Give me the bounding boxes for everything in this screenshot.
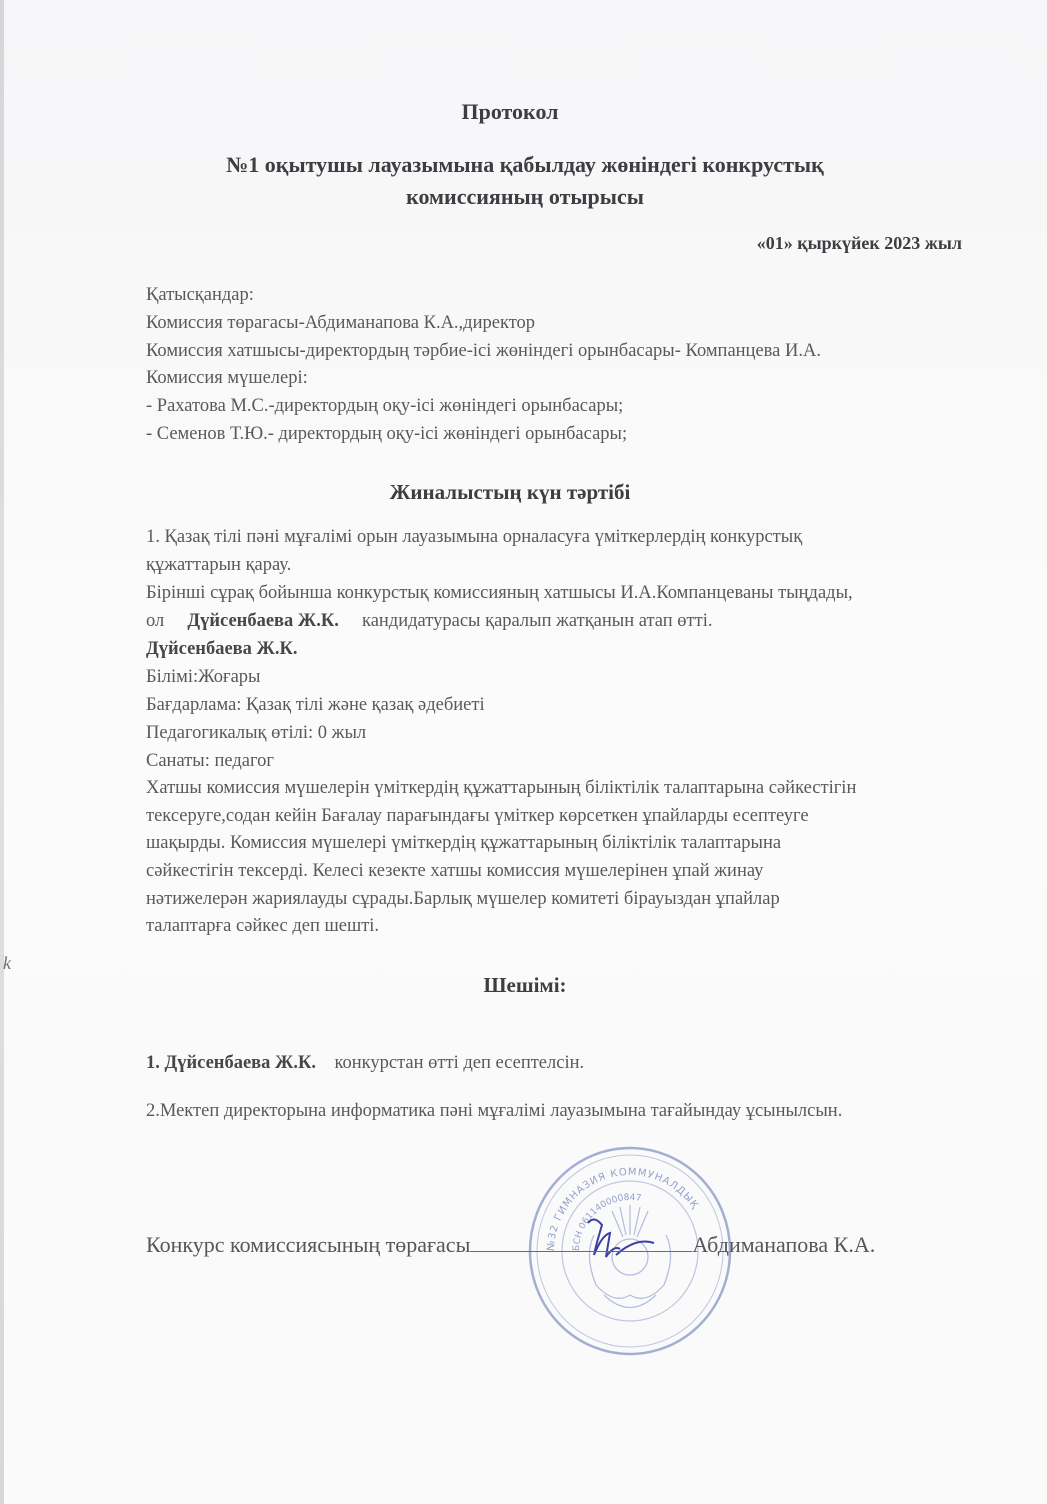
decision-item-1: 1. Дүйсенбаева Ж.К. конкурстан өтті деп … [146,1051,584,1075]
decision-heading: Шешімі: [15,973,1035,998]
signature-row: Конкурс комиссиясының төрағасыАбдиманапо… [146,1232,875,1258]
document-date: «01» қыркүйек 2023 жыл [757,233,962,254]
candidate-experience: Педагогикалық өтілі: 0 жыл [146,721,366,745]
decision-item1-suffix: конкурстан өтті деп есептелсін. [334,1053,584,1073]
member-item: - Рахатова М.С.-директордың оқу-ісі жөні… [146,394,623,418]
agenda-heard-line: Бірінші сұрақ бойынша конкурстық комисси… [146,581,853,605]
agenda-item-line1: 1. Қазақ тілі пәні мұғалімі орын лауазым… [146,525,802,549]
candidate-name: Дүйсенбаева Ж.К. [146,637,297,661]
participants-heading: Қатысқандар: [146,283,254,307]
signature-line [470,1233,692,1252]
noted-suffix: кандидатурасы қаралып жатқанын атап өтті… [362,611,712,631]
member-item: - Семенов Т.Ю.- директордың оқу-ісі жөні… [146,422,627,446]
candidate-education: Білімі:Жоғары [146,665,261,689]
decision-item1-name: Дүйсенбаева Ж.К. [165,1053,316,1073]
edge-mark: k [3,953,11,974]
candidate-name-inline: Дүйсенбаева Ж.К. [187,611,338,631]
body-line: талаптарға сәйкес деп шешті. [146,914,379,938]
decision-item1-prefix: 1. [146,1053,160,1073]
candidate-category: Санаты: педагог [146,749,274,773]
signature-label: Конкурс комиссиясының төрағасы [146,1232,470,1257]
agenda-noted-line: ол Дүйсенбаева Ж.К. кандидатурасы қаралы… [146,609,712,633]
signature-name: Абдиманапова К.А. [692,1232,875,1257]
document-subtitle-line2: комиссияның отырысы [15,184,1035,210]
members-heading: Комиссия мүшелері: [146,366,308,390]
body-line: тексеруге,содан кейін Бағалау парағындағ… [146,804,809,828]
agenda-item-line2: құжаттарын қарау. [146,553,291,577]
candidate-program: Бағдарлама: Қазақ тілі және қазақ әдебие… [146,693,485,717]
body-line: шақырды. Комиссия мүшелері үміткердің құ… [146,831,781,855]
body-line: нәтижелерән жариялауды сұрады.Барлық мүш… [146,887,780,911]
agenda-heading: Жиналыстың күн тәртібі [0,480,1020,505]
document-subtitle-line1: №1 оқытушы лауазымына қабылдау жөніндегі… [15,152,1035,178]
body-line: сәйкестігін тексерді. Келесі кезекте хат… [146,859,763,883]
document-title: Протокол [0,99,1020,125]
decision-item-2: 2.Мектеп директорына информатика пәні мұ… [146,1099,842,1123]
participant-chair: Комиссия төрагасы-Абдиманапова К.А.,дире… [146,311,535,335]
noted-prefix: ол [146,611,164,631]
participant-secretary: Комиссия хатшысы-директордың тәрбие-ісі … [146,339,821,363]
body-line: Хатшы комиссия мүшелерін үміткердің құжа… [146,776,856,800]
